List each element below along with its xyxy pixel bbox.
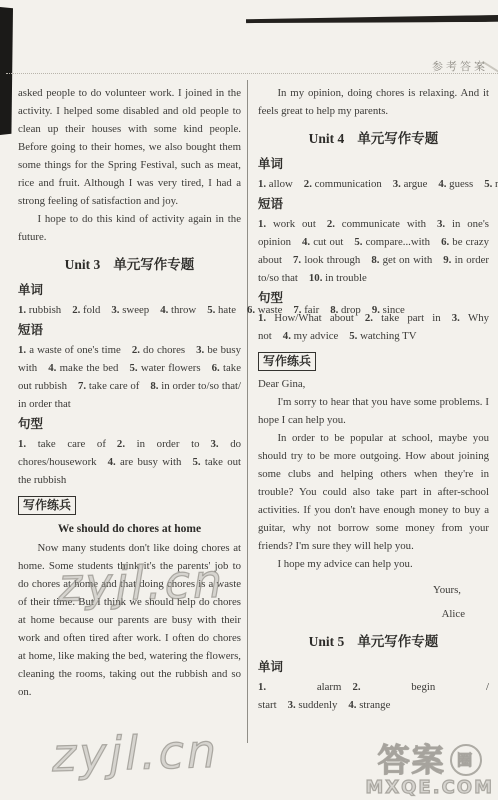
answer-item: 1. How/What about	[258, 312, 354, 324]
unit4-writing-practice-badge: 写作练兵	[258, 352, 316, 371]
answer-item: 5. watching TV	[349, 330, 416, 342]
answer-item: 2. take part in	[365, 312, 441, 324]
unit3-phrases-list: 1. a waste of one's time2. do chores3. b…	[18, 341, 241, 413]
unit5-heading-zh: 单元写作专题	[357, 632, 438, 652]
answer-item: 2. communication	[304, 178, 382, 190]
essay-hope-paragraph: I hope to do this kind of activity again…	[18, 210, 241, 246]
unit4-words-label: 单词	[258, 155, 489, 174]
unit3-patterns-list: 1. take care of2. in order to3. do chore…	[18, 435, 241, 489]
unit3-heading-zh: 单元写作专题	[113, 255, 194, 275]
answer-page: 参考答案 asked people to do volunteer work. …	[0, 0, 498, 800]
unit4-phrases-label: 短语	[258, 195, 489, 214]
unit4-phrases-list: 1. work out2. communicate with3. in one'…	[258, 215, 489, 287]
answer-item: 4. throw	[160, 304, 196, 316]
answer-item: 5. compare...with	[354, 236, 430, 248]
letter-paragraph-2: In order to be popular at school, maybe …	[258, 429, 489, 555]
unit3-heading-en: Unit 3	[65, 255, 101, 275]
answer-item: 7. look through	[293, 254, 360, 266]
unit3-words-list: 1. rubbish2. fold3. sweep4. throw5. hate…	[18, 301, 241, 319]
unit4-words-list: 1. allow2. communication3. argue4. guess…	[258, 175, 489, 193]
unit5-words-label: 单词	[258, 658, 489, 677]
unit4-patterns-list: 1. How/What about2. take part in3. Why n…	[258, 309, 489, 345]
answer-item: 8. get on with	[371, 254, 432, 266]
unit5-heading: Unit 5 单元写作专题	[258, 632, 489, 652]
answer-item: 1. a waste of one's time	[18, 344, 121, 356]
watermark-logo-circle-icon: 圈	[450, 744, 482, 776]
right-column: In my opinion, doing chores is relaxing.…	[258, 84, 489, 715]
unit3-essay-title: We should do chores at home	[18, 520, 241, 538]
unit4-heading: Unit 4 单元写作专题	[258, 129, 489, 149]
answer-item: 1. alarm	[258, 681, 341, 693]
answer-item: 3. suddenly	[288, 699, 338, 711]
answer-item: 1. rubbish	[18, 304, 61, 316]
unit3-heading: Unit 3 单元写作专题	[18, 255, 241, 275]
answer-item: 4. guess	[438, 178, 473, 190]
left-column: asked people to do volunteer work. I joi…	[18, 84, 241, 701]
watermark-logo-row: 答案 圈	[365, 743, 494, 777]
opinion-paragraph: In my opinion, doing chores is relaxing.…	[258, 84, 489, 120]
unit3-patterns-label: 句型	[18, 415, 241, 434]
unit4-heading-en: Unit 4	[309, 129, 345, 149]
letter-signature: Alice	[258, 605, 489, 623]
watermark-logo-site: MXQE.COM	[365, 778, 494, 798]
answer-item: 3. argue	[393, 178, 428, 190]
answer-item: 5. nervous	[484, 178, 498, 190]
unit3-writing-practice-badge: 写作练兵	[18, 496, 76, 515]
left-edge-print-bar	[0, 7, 13, 135]
watermark-answer-logo: 答案 圈 MXQE.COM	[365, 743, 494, 798]
answer-item: 2. do chores	[132, 344, 185, 356]
answer-item: 1. allow	[258, 178, 293, 190]
answer-item: 2. in order to	[117, 438, 200, 450]
top-right-print-bar	[246, 15, 498, 24]
answer-item: 10. in trouble	[309, 272, 367, 284]
answer-item: 2. fold	[72, 304, 100, 316]
unit5-heading-en: Unit 5	[309, 632, 345, 652]
letter-greeting: Dear Gina,	[258, 375, 489, 393]
answer-item: 2. communicate with	[327, 218, 426, 230]
column-divider	[247, 80, 248, 743]
answer-item: 5. hate	[207, 304, 236, 316]
letter-paragraph-3: I hope my advice can help you.	[258, 555, 489, 573]
unit3-phrases-label: 短语	[18, 321, 241, 340]
letter-paragraph-1: I'm sorry to hear that you have some pro…	[258, 393, 489, 429]
answer-item: 5. water flowers	[129, 362, 200, 374]
answer-item: 4. make the bed	[48, 362, 118, 374]
answer-item: 3. sweep	[111, 304, 149, 316]
watermark-logo-characters: 答案	[378, 743, 446, 777]
answer-item: 1. take care of	[18, 438, 106, 450]
essay-continuation-paragraph: asked people to do volunteer work. I joi…	[18, 84, 241, 210]
answer-item: 4. my advice	[283, 330, 338, 342]
unit3-words-label: 单词	[18, 281, 241, 300]
answer-item: 4. cut out	[302, 236, 343, 248]
answer-item: 7. take care of	[78, 380, 139, 392]
unit3-essay-body: Now many students don't like doing chore…	[18, 539, 241, 701]
unit4-patterns-label: 句型	[258, 289, 489, 308]
letter-closing: Yours,	[258, 581, 489, 599]
answer-item: 4. are busy with	[108, 456, 182, 468]
watermark-zyjl-2: zyjl.cn	[51, 724, 219, 782]
header-dotted-rule	[6, 73, 498, 74]
unit5-words-list: 1. alarm2. begin / start3. suddenly4. st…	[258, 678, 489, 714]
page-header-label: 参考答案	[432, 58, 488, 74]
answer-item: 4. strange	[348, 699, 390, 711]
answer-item: 1. work out	[258, 218, 316, 230]
unit4-heading-zh: 单元写作专题	[357, 129, 438, 149]
